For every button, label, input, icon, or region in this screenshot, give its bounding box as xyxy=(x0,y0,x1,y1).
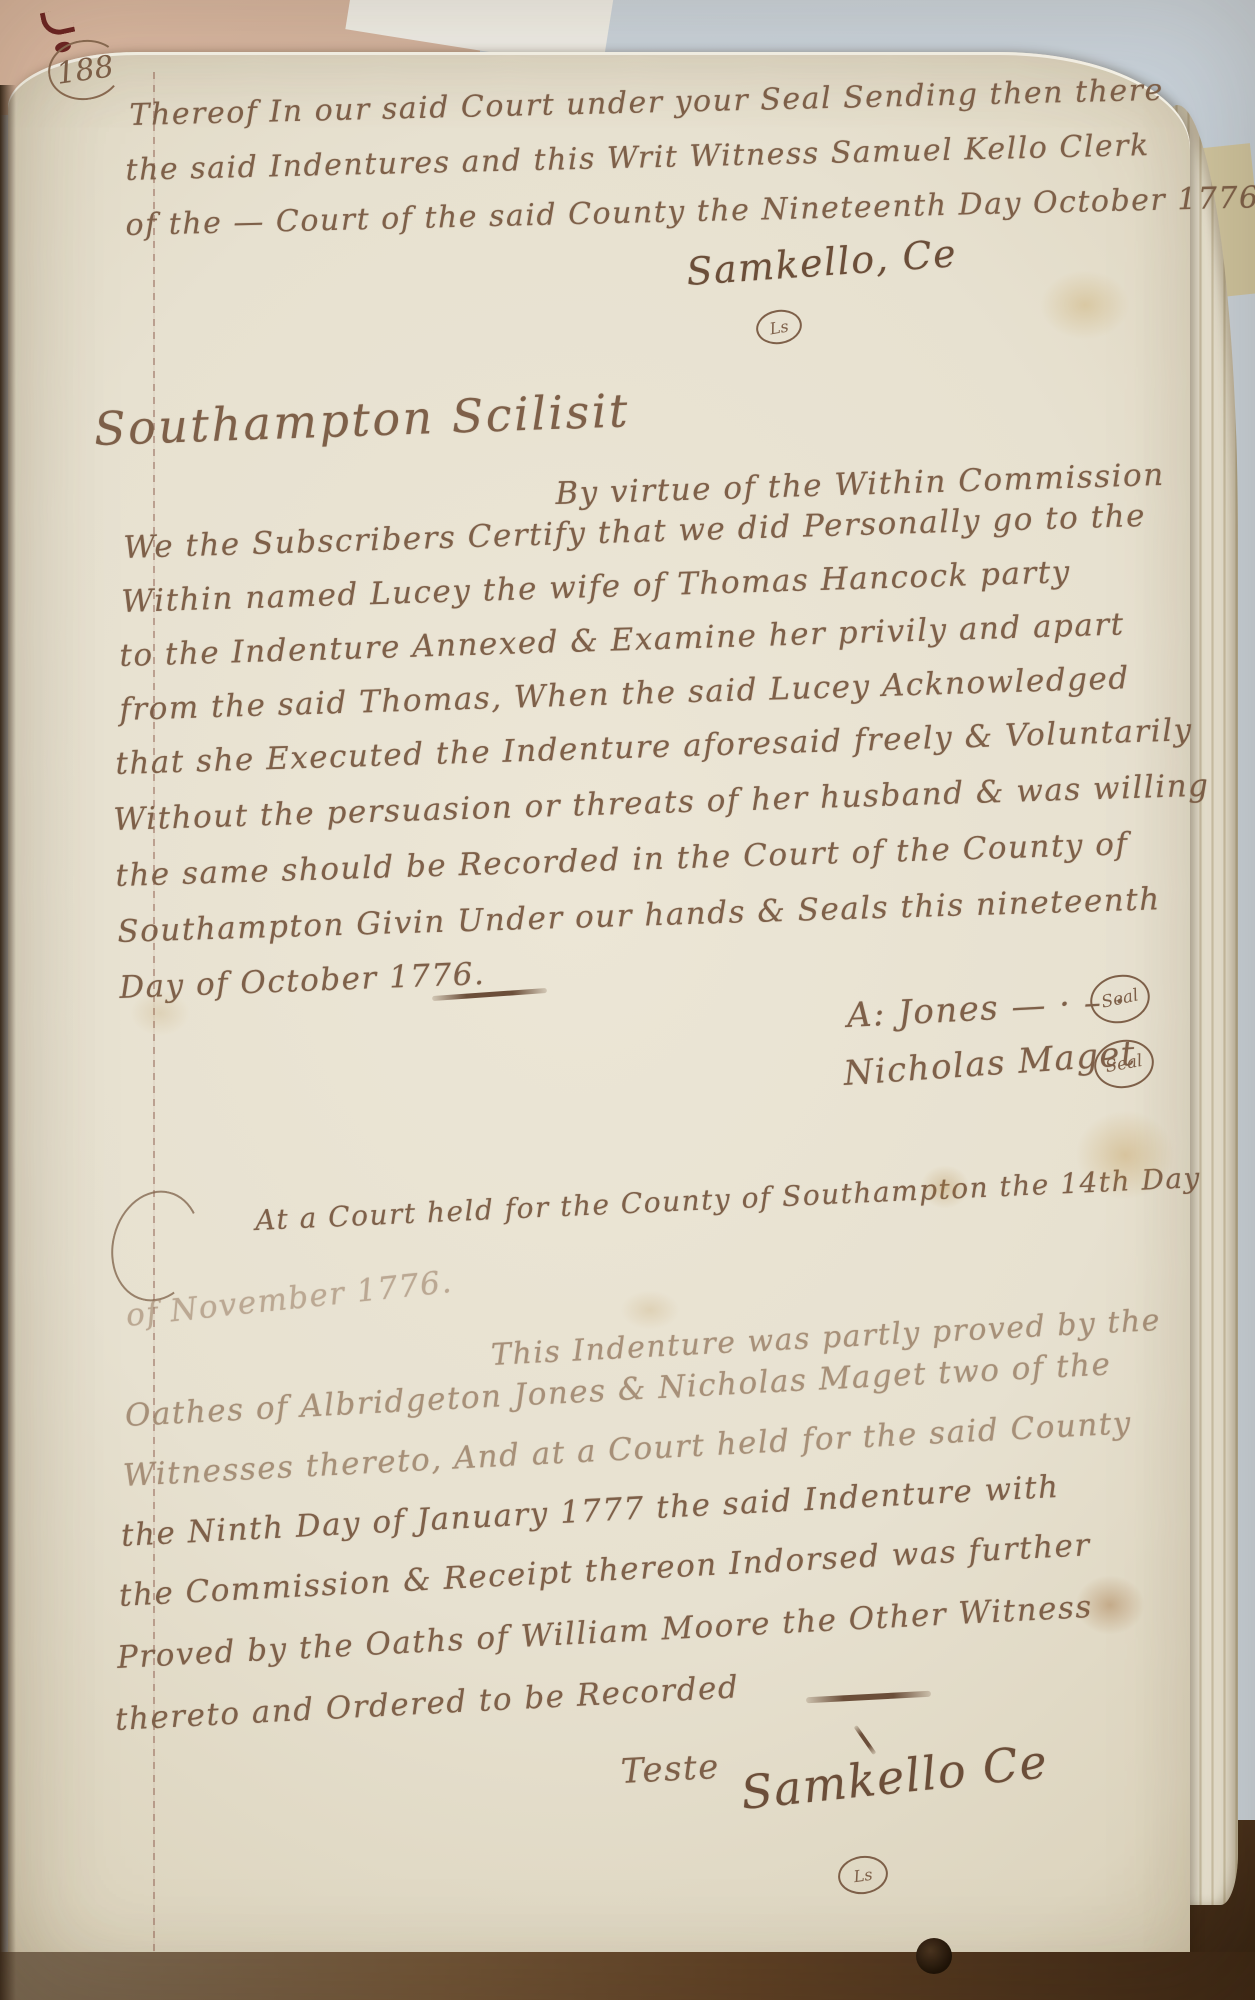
teste-label: Teste xyxy=(620,1747,721,1792)
wood-table-bottom xyxy=(0,1952,1255,2000)
screw-head xyxy=(916,1938,952,1974)
seal-label: Ls xyxy=(768,316,790,338)
seal-label: Ls xyxy=(852,1864,873,1885)
page-number: 188 xyxy=(54,49,116,92)
manuscript-photo: 188 Thereof In our said Court under your… xyxy=(0,0,1255,2000)
gutter-shadow xyxy=(0,85,16,2000)
margin-rule-line xyxy=(153,72,155,1977)
seal-label: Seal xyxy=(1100,985,1141,1012)
seal-label: Seal xyxy=(1104,1051,1144,1077)
